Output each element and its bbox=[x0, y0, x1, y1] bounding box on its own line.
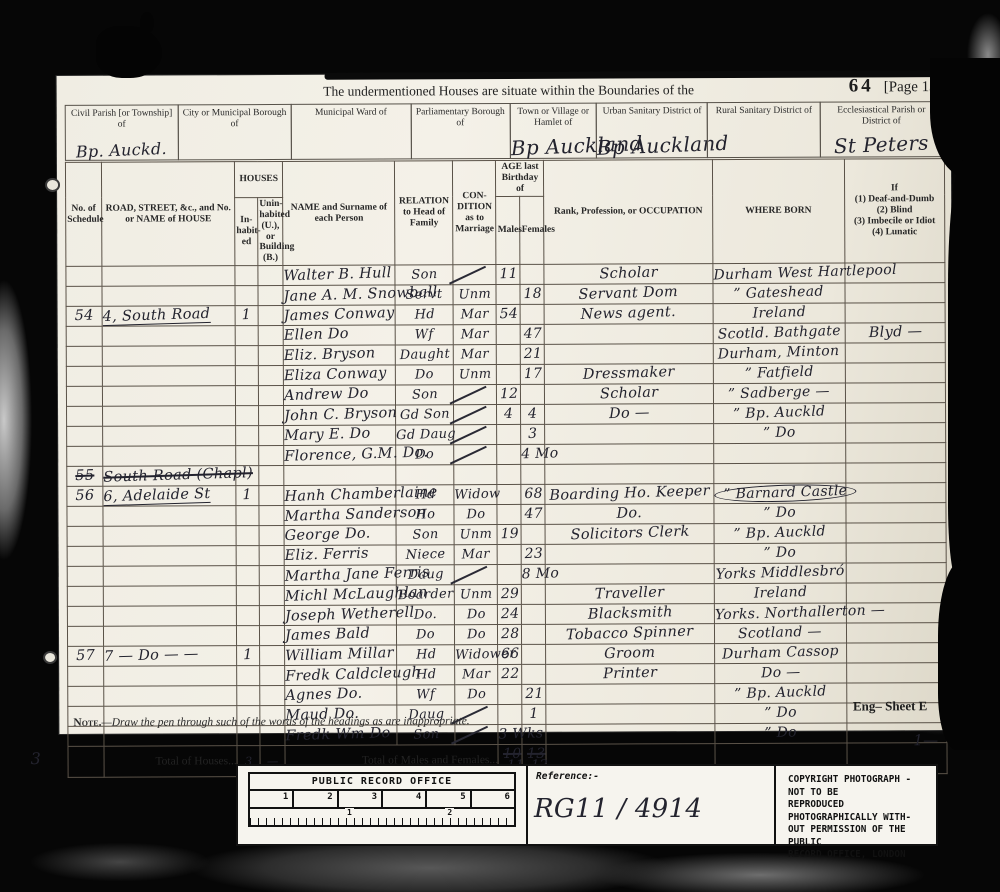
cell-unin bbox=[258, 326, 283, 346]
cell-name: James Conway bbox=[283, 305, 395, 325]
cell-rel: Ho bbox=[396, 505, 454, 525]
cell-f bbox=[521, 305, 545, 325]
value-inh: 1 bbox=[242, 308, 252, 323]
cell-inh bbox=[235, 286, 258, 306]
cell-born: ” Bp. Auckld bbox=[713, 403, 845, 424]
cell-name: Florence, G.M. Do. bbox=[284, 445, 396, 465]
value-rel: Son bbox=[411, 268, 437, 282]
district-civil-parish: Civil Parish [or Township] of Bp. Auckd. bbox=[65, 104, 179, 160]
value-born: ” Bp. Auckld bbox=[733, 404, 826, 421]
cell-born: Ireland bbox=[714, 583, 846, 604]
cell-rel: Wf bbox=[397, 685, 455, 705]
value-name: William Millar bbox=[285, 646, 394, 664]
value-born: Durham Cassop bbox=[722, 644, 839, 662]
cell-name: Fredk Caldcleugh bbox=[285, 665, 397, 685]
cell-occ bbox=[546, 544, 714, 565]
cell-f: 68 bbox=[521, 485, 545, 505]
value-cond: Mar bbox=[462, 667, 491, 681]
census-sheet: The undermentioned Houses are situate wi… bbox=[57, 72, 954, 734]
value-cond: Do bbox=[467, 608, 486, 622]
cell-inh: 1 bbox=[237, 646, 260, 666]
cell-rel: Niece bbox=[396, 545, 454, 565]
cell-m bbox=[498, 565, 522, 585]
cell-rel: Do. bbox=[397, 605, 455, 625]
cell-m bbox=[497, 445, 521, 465]
value-m: 19 bbox=[500, 527, 519, 542]
value-occ: Do — bbox=[609, 406, 650, 422]
cell-occ: Blacksmith bbox=[546, 604, 714, 625]
cell-m bbox=[497, 365, 521, 385]
cell-name: Eliz. Bryson bbox=[283, 345, 395, 365]
cell-f: 3 bbox=[521, 425, 545, 445]
civil-parish-value: Bp. Auckd. bbox=[76, 139, 168, 161]
value-rel: Do bbox=[415, 368, 434, 382]
value-name: Fredk Wm Do bbox=[285, 726, 391, 744]
microfilm-background: The undermentioned Houses are situate wi… bbox=[0, 0, 1000, 892]
value-f: 1 bbox=[530, 707, 540, 721]
cell-occ: Scholar bbox=[545, 384, 713, 405]
cell-born bbox=[713, 443, 845, 464]
value-rel: Boarder bbox=[398, 587, 454, 602]
totals-margin-cell: 3 bbox=[68, 747, 104, 778]
cell-f bbox=[521, 385, 545, 405]
cell-cond: Unm bbox=[455, 585, 498, 605]
value-rel: Daug bbox=[407, 568, 443, 582]
cell-road bbox=[103, 446, 236, 467]
cell-sched bbox=[68, 687, 104, 707]
cell-cond: Do bbox=[454, 505, 497, 525]
cell-f: 47 bbox=[521, 505, 545, 525]
cell-unin bbox=[259, 446, 284, 466]
value-f: 23 bbox=[524, 546, 543, 561]
cell-m bbox=[497, 325, 521, 345]
cell-name: William Millar bbox=[285, 645, 397, 665]
value-road: 7 — Do — — bbox=[104, 647, 199, 664]
cell-born: ” Gateshead bbox=[713, 283, 845, 304]
cell-inh bbox=[236, 546, 259, 566]
cell-occ bbox=[545, 324, 713, 345]
cell-rel: Do bbox=[396, 445, 454, 465]
cell-cond: Unm bbox=[454, 365, 497, 385]
cell-occ bbox=[546, 564, 714, 585]
cell-occ: Boarding Ho. Keeper bbox=[545, 484, 713, 505]
cell-sched bbox=[66, 387, 102, 407]
cell-road bbox=[104, 626, 237, 647]
value-cond: Unm bbox=[460, 587, 493, 601]
cell-sched bbox=[66, 327, 102, 347]
cell-occ: Dressmaker bbox=[545, 364, 713, 385]
value-occ: Solicitors Clerk bbox=[570, 524, 689, 542]
value-rel: Wf bbox=[415, 328, 434, 342]
cell-road bbox=[103, 426, 236, 447]
value-born: ” Gateshead bbox=[733, 284, 824, 301]
cell-cond bbox=[454, 445, 497, 465]
value-name: John C. Bryson bbox=[284, 406, 398, 424]
cell-dis bbox=[845, 383, 945, 403]
cell-unin bbox=[258, 286, 283, 306]
cell-m bbox=[497, 345, 521, 365]
col-header-males: Males bbox=[496, 196, 520, 265]
cell-m: 54 bbox=[497, 305, 521, 325]
cell-road: 7 — Do — — bbox=[104, 646, 237, 667]
cell-f: 21 bbox=[521, 345, 545, 365]
value-born: ” Sadberge — bbox=[728, 384, 830, 401]
cell-cond: Unm bbox=[453, 285, 496, 305]
value-m: 11 bbox=[499, 267, 518, 282]
film-artifact bbox=[938, 560, 1000, 750]
cell-rel: Son bbox=[395, 265, 453, 285]
value-rel: Hd bbox=[415, 488, 436, 502]
cell-born: ” Bp. Auckld bbox=[714, 523, 846, 544]
cell-f bbox=[522, 525, 546, 545]
value-sched: 55 bbox=[75, 468, 94, 483]
cell-name: Ellen Do bbox=[283, 325, 395, 345]
cell-inh bbox=[237, 606, 260, 626]
cell-rel: Hd bbox=[395, 305, 453, 325]
cell-occ: Solicitors Clerk bbox=[546, 524, 714, 545]
cell-f bbox=[522, 645, 546, 665]
cell-name: James Bald bbox=[285, 625, 397, 645]
value-occ: Groom bbox=[604, 645, 656, 661]
pro-ruler-box: PUBLIC RECORD OFFICE 1 2 3 4 5 6 1 2 bbox=[238, 766, 528, 844]
cell-occ bbox=[545, 444, 713, 465]
district-ecclesiastical-parish: Ecclesiastical Parish or District of St … bbox=[820, 101, 943, 158]
value-rel: Son bbox=[413, 728, 439, 742]
value-rel: Ho bbox=[415, 508, 435, 522]
value-born: Scotld. Bathgate bbox=[717, 324, 840, 342]
district-header: Civil Parish [or Township] of Bp. Auckd.… bbox=[65, 101, 943, 161]
punch-hole bbox=[43, 651, 57, 664]
cell-f: 47 bbox=[521, 325, 545, 345]
cell-born: ” Do bbox=[714, 703, 846, 724]
value-name: Eliza Conway bbox=[284, 366, 387, 384]
cell-road: 6, Adelaide St bbox=[103, 486, 236, 507]
cell-f bbox=[522, 665, 546, 685]
col-header-schedule: No. of Schedule bbox=[65, 162, 101, 266]
cell-inh bbox=[237, 666, 260, 686]
value-rel: Son bbox=[412, 388, 438, 402]
cell-sched bbox=[68, 667, 104, 687]
cell-cond: Mar bbox=[455, 665, 498, 685]
value-m: 54 bbox=[499, 307, 518, 322]
value-sched: 57 bbox=[76, 648, 95, 663]
value-f: 47 bbox=[524, 506, 543, 521]
cell-name: Eliza Conway bbox=[284, 365, 396, 385]
pro-title: PUBLIC RECORD OFFICE bbox=[248, 772, 516, 789]
cell-cond bbox=[454, 425, 497, 445]
cell-name: Michl McLaughlan bbox=[285, 585, 397, 605]
district-urban-sanitary: Urban Sanitary District of Bp Auckland bbox=[596, 102, 708, 158]
film-artifact bbox=[948, 160, 1000, 580]
cell-born: ” Do bbox=[713, 423, 845, 444]
census-table-body: Walter B. HullSon11ScholarDurham West Ha… bbox=[66, 263, 947, 747]
value-born: ” Barnard Castle bbox=[714, 483, 856, 504]
value-occ: Scholar bbox=[600, 385, 659, 401]
cell-f bbox=[522, 725, 546, 745]
cell-unin bbox=[259, 506, 284, 526]
cell-occ: Do. bbox=[545, 504, 713, 525]
cell-dis bbox=[846, 543, 946, 563]
cell-occ bbox=[546, 684, 714, 705]
value-name: George Do. bbox=[285, 526, 371, 543]
value-occ: News agent. bbox=[581, 305, 677, 322]
district-parliamentary-borough: Parliamentary Borough of bbox=[410, 103, 510, 159]
cell-born: ” Do bbox=[715, 723, 847, 744]
cell-dis bbox=[845, 303, 945, 323]
value-cond: Do bbox=[466, 508, 485, 522]
value-f: 18 bbox=[523, 286, 542, 301]
cell-occ: Traveller bbox=[546, 584, 714, 605]
cell-born: Do — bbox=[714, 663, 846, 684]
cell-cond: Mar bbox=[453, 305, 496, 325]
cell-name: Martha Jane Ferris bbox=[284, 565, 396, 585]
value-rel: Gd Son bbox=[400, 407, 450, 422]
copyright-notice: COPYRIGHT PHOTOGRAPH - NOT TO BE REPRODU… bbox=[776, 766, 936, 844]
cell-born: ” Bp. Auckld bbox=[714, 683, 846, 704]
cell-m bbox=[497, 505, 521, 525]
value-rel: Do. bbox=[414, 608, 437, 622]
cell-inh bbox=[236, 506, 259, 526]
sheet-title: The undermentioned Houses are situate wi… bbox=[187, 82, 831, 101]
cell-name: Mary E. Do bbox=[284, 425, 396, 445]
cell-cond: Mar bbox=[454, 325, 497, 345]
value-born: ” Do bbox=[763, 425, 796, 440]
cell-born: Yorks. Northallerton — bbox=[714, 603, 846, 624]
cell-rel: Boarder bbox=[397, 585, 455, 605]
ruler-inches: 1 2 bbox=[248, 809, 516, 827]
cell-name bbox=[284, 465, 396, 485]
value-f: 17 bbox=[523, 366, 542, 381]
value-cond: Mar bbox=[461, 347, 490, 361]
value-occ: Boarding Ho. Keeper bbox=[549, 484, 710, 503]
value-rel: Hd bbox=[414, 308, 435, 322]
cell-dis bbox=[846, 623, 946, 643]
cell-born: ” Sadberge — bbox=[713, 383, 845, 404]
cell-f: 17 bbox=[521, 365, 545, 385]
ecclesiastical-parish-value: St Peters bbox=[834, 132, 930, 159]
cell-inh bbox=[237, 626, 260, 646]
cell-road bbox=[103, 546, 236, 567]
cell-m bbox=[497, 485, 521, 505]
cell-dis bbox=[846, 583, 946, 603]
cell-rel: Daug bbox=[397, 565, 455, 585]
cell-sched: 54 bbox=[66, 307, 102, 327]
cell-born: Durham, Minton bbox=[713, 343, 845, 364]
cell-cond: Widower bbox=[455, 645, 498, 665]
cell-road bbox=[102, 266, 235, 287]
cell-rel: Wf bbox=[396, 325, 454, 345]
cell-inh bbox=[236, 406, 259, 426]
cell-born: Durham West Hartlepool bbox=[713, 263, 845, 284]
cell-dis bbox=[845, 403, 945, 423]
cell-occ bbox=[546, 724, 714, 745]
cell-unin bbox=[259, 406, 284, 426]
value-cond: Do bbox=[467, 628, 486, 642]
cell-dis bbox=[845, 363, 945, 383]
cell-name: Fredk Wm Do bbox=[285, 725, 397, 745]
cell-road: 4, South Road bbox=[102, 306, 235, 327]
cell-name: Andrew Do bbox=[284, 385, 396, 405]
cell-born: ” Do bbox=[714, 543, 846, 564]
cell-rel: Son bbox=[396, 385, 454, 405]
cell-unin bbox=[259, 526, 284, 546]
cell-cond bbox=[455, 725, 498, 745]
col-header-houses: HOUSES bbox=[235, 161, 283, 197]
district-rural-sanitary: Rural Sanitary District of bbox=[707, 102, 821, 158]
cell-road bbox=[102, 326, 235, 347]
cell-f: 4 Mo bbox=[521, 445, 545, 465]
cell-born: ” Fatfield bbox=[713, 363, 845, 384]
cell-inh bbox=[236, 526, 259, 546]
value-f: 21 bbox=[525, 686, 544, 701]
value-m: 66 bbox=[501, 646, 520, 661]
cell-f: 18 bbox=[520, 285, 544, 305]
cell-sched bbox=[68, 727, 104, 747]
cell-sched bbox=[67, 607, 103, 627]
cell-unin bbox=[260, 606, 285, 626]
cell-f: 23 bbox=[522, 545, 546, 565]
value-born: ” Do bbox=[764, 705, 797, 720]
cell-unin bbox=[260, 686, 285, 706]
cell-inh bbox=[236, 446, 259, 466]
value-m: 12 bbox=[500, 387, 519, 402]
cell-dis bbox=[845, 443, 945, 463]
cell-inh bbox=[235, 266, 258, 286]
cell-m: 24 bbox=[498, 605, 522, 625]
cell-inh bbox=[236, 426, 259, 446]
cell-road bbox=[102, 286, 235, 307]
cell-sched bbox=[67, 567, 103, 587]
cell-name: John C. Bryson bbox=[284, 405, 396, 425]
cell-m: 29 bbox=[498, 585, 522, 605]
cell-dis bbox=[846, 483, 946, 503]
cell-rel: Gd Daug bbox=[396, 425, 454, 445]
value-occ: Dressmaker bbox=[583, 365, 675, 382]
cell-m: 11 bbox=[496, 265, 520, 285]
reference-label: Reference:- bbox=[536, 771, 766, 782]
cell-born bbox=[713, 463, 845, 484]
value-cond: Mar bbox=[462, 547, 491, 561]
cell-road bbox=[102, 366, 235, 387]
value-rel: Gd Daug bbox=[396, 427, 456, 442]
cell-dis bbox=[846, 503, 946, 523]
cell-unin bbox=[258, 266, 283, 286]
cell-cond: Widow bbox=[454, 485, 497, 505]
cell-road bbox=[104, 686, 237, 707]
cell-rel: Hd bbox=[397, 665, 455, 685]
value-occ: Blacksmith bbox=[587, 605, 672, 622]
cell-occ: Servant Dom bbox=[544, 284, 712, 305]
district-town-village: Town or Village or Hamlet of Bp Auckland bbox=[509, 103, 597, 159]
value-m: 24 bbox=[500, 606, 519, 621]
value-name: Ellen Do bbox=[284, 327, 350, 343]
cell-unin bbox=[260, 626, 285, 646]
cell-cond bbox=[453, 265, 496, 285]
folio-number: 64[Page 13 bbox=[849, 75, 937, 97]
value-name: Eliz. Bryson bbox=[284, 346, 376, 363]
cell-inh bbox=[235, 326, 258, 346]
cell-name: Eliz. Ferris bbox=[284, 545, 396, 565]
cell-f bbox=[521, 465, 545, 485]
footer-note: Note.—Draw the pen through such of the w… bbox=[73, 715, 469, 729]
value-rel: Daught bbox=[399, 347, 450, 362]
folio-number-value: 64 bbox=[849, 75, 874, 96]
value-born: Ireland bbox=[752, 305, 806, 321]
value-road: South Road (Chapl) bbox=[103, 466, 253, 485]
value-rel: Son bbox=[412, 528, 438, 542]
cell-unin bbox=[258, 346, 283, 366]
cell-road bbox=[104, 666, 237, 687]
cell-f: 1 bbox=[522, 705, 546, 725]
value-born: Do — bbox=[761, 665, 801, 680]
cell-occ: Do — bbox=[545, 404, 713, 425]
value-sched: 54 bbox=[74, 308, 93, 323]
cell-rel: Hd bbox=[397, 645, 455, 665]
cell-unin bbox=[260, 646, 285, 666]
cell-dis bbox=[845, 283, 945, 303]
cell-f bbox=[522, 585, 546, 605]
sheet-label: Eng– Sheet E bbox=[853, 698, 927, 714]
value-cond: Unm bbox=[458, 287, 491, 301]
value-road: 6, Adelaide St bbox=[103, 487, 211, 506]
cell-born: Ireland bbox=[713, 303, 845, 324]
cell-m bbox=[497, 465, 521, 485]
cell-rel: Gd Son bbox=[396, 405, 454, 425]
value-road: 4, South Road bbox=[102, 307, 210, 326]
cell-unin bbox=[258, 306, 283, 326]
cell-cond: Do bbox=[455, 685, 498, 705]
cell-sched: 57 bbox=[68, 647, 104, 667]
value-rel: Wf bbox=[417, 688, 436, 702]
cell-dis bbox=[846, 643, 946, 663]
cell-sched: 56 bbox=[67, 487, 103, 507]
value-born: ” Bp. Auckld bbox=[734, 684, 827, 701]
cell-occ: News agent. bbox=[545, 304, 713, 325]
col-header-where-born: WHERE BORN bbox=[712, 159, 845, 264]
value-sched: 56 bbox=[75, 488, 94, 503]
value-occ: Do. bbox=[617, 506, 643, 521]
cell-occ: Printer bbox=[546, 664, 714, 685]
cell-m: 19 bbox=[497, 525, 521, 545]
cell-road bbox=[104, 726, 237, 747]
cell-name: Jane A. M. Snowball bbox=[283, 285, 395, 305]
film-artifact bbox=[96, 26, 162, 78]
cell-inh bbox=[236, 366, 259, 386]
cell-dis bbox=[845, 423, 945, 443]
cell-f: 21 bbox=[522, 685, 546, 705]
cell-rel: Hd bbox=[396, 485, 454, 505]
cell-f: 4 bbox=[521, 405, 545, 425]
value-inh: 1 bbox=[243, 488, 253, 503]
value-f: 68 bbox=[524, 486, 543, 501]
cell-dis bbox=[846, 603, 946, 623]
cell-cond: Mar bbox=[454, 345, 497, 365]
value-name: Agnes Do. bbox=[285, 686, 363, 703]
cell-m: 4 bbox=[497, 405, 521, 425]
reference-box: Reference:- RG11 / 4914 bbox=[528, 766, 776, 844]
value-name: James Bald bbox=[285, 626, 370, 643]
value-name: James Conway bbox=[284, 306, 395, 324]
cell-unin bbox=[259, 386, 284, 406]
value-occ: Traveller bbox=[595, 585, 665, 602]
cell-name: Hanh Chamberlaine bbox=[284, 485, 396, 505]
cell-rel: Servt bbox=[395, 285, 453, 305]
cell-inh bbox=[236, 386, 259, 406]
cell-m bbox=[497, 425, 521, 445]
value-cond: Widow bbox=[455, 487, 501, 501]
value-born: ” Do bbox=[764, 725, 797, 740]
cell-unin bbox=[259, 586, 284, 606]
